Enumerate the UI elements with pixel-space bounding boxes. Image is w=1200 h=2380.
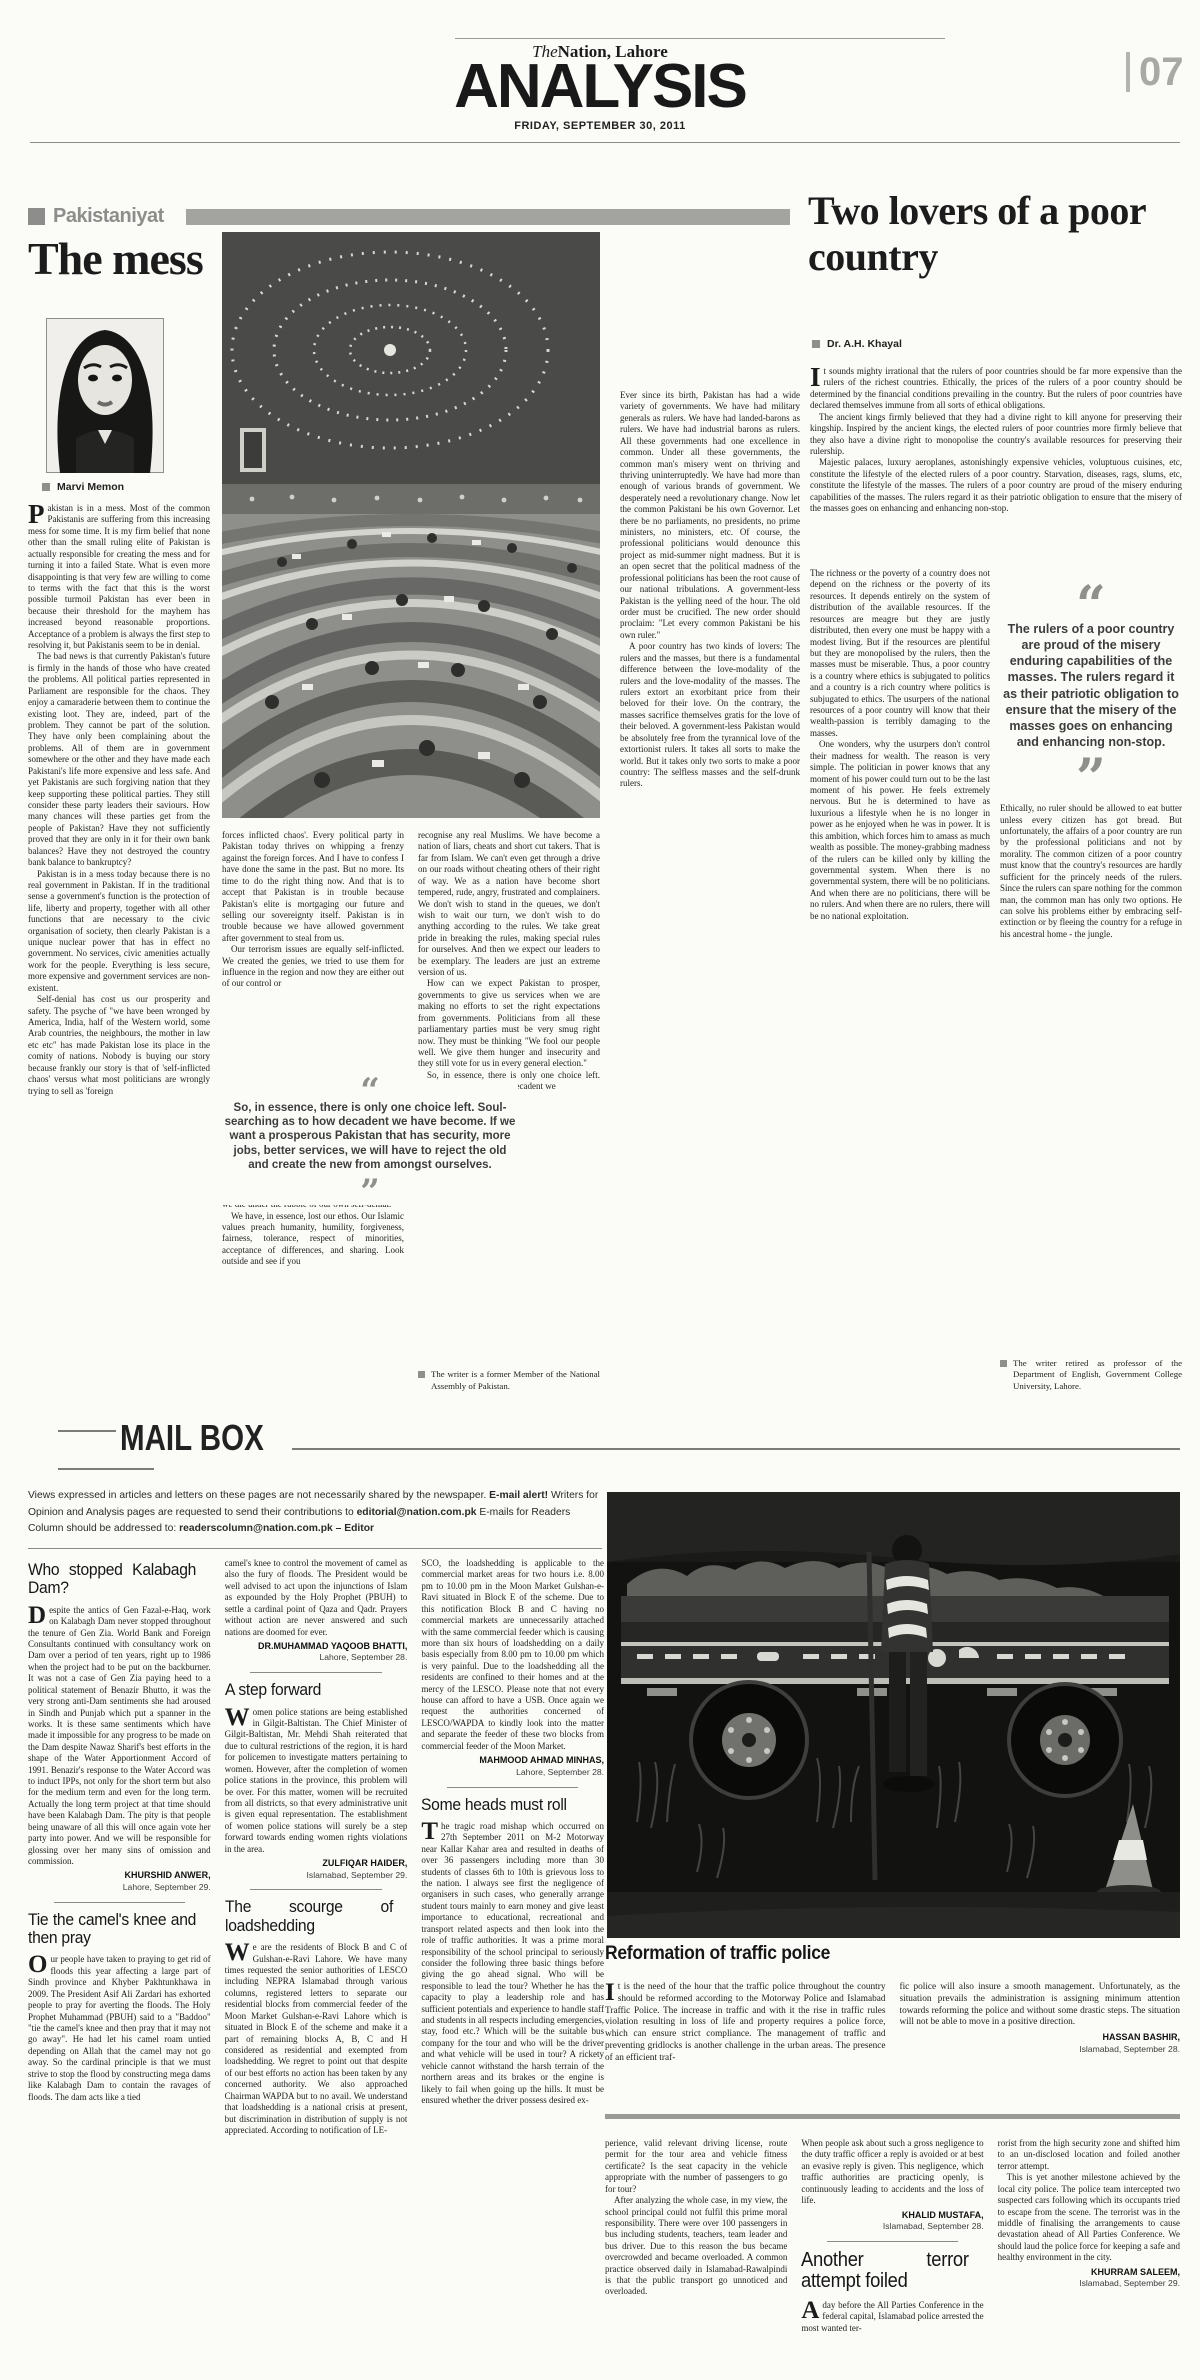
signature-name: DR.MUHAMMAD YAQOOB BHATTI,	[225, 1641, 408, 1652]
reformation-column-1: It is the need of the hour that the traf…	[605, 1982, 886, 2108]
mess-pull-quote-text: So, in essence, there is only one choice…	[225, 1102, 516, 1172]
letter-title-step-forward: A step forward	[225, 1681, 393, 1699]
byline-square-icon	[42, 483, 50, 491]
paragraph: Ethically, no ruler should be allowed to…	[1000, 803, 1182, 940]
letter-divider	[250, 1672, 382, 1673]
lovers-column-3: “ The rulers of a poor country are proud…	[1000, 568, 1182, 1392]
lovers-footer-note: The writer retired as professor of the D…	[1000, 1352, 1182, 1392]
intro-readers-email: readerscolumn@nation.com.pk	[179, 1523, 333, 1534]
author-photo-marvi-memon	[46, 318, 164, 473]
letter-body: Women police stations are being establis…	[225, 1707, 408, 1855]
kicker-row: Pakistaniyat	[28, 205, 790, 228]
letter-signature: DR.MUHAMMAD YAQOOB BHATTI, Lahore, Septe…	[225, 1641, 408, 1663]
lovers-column-2: The richness or the poverty of a country…	[810, 568, 990, 1392]
letter-divider	[54, 1902, 186, 1903]
section-title: ANALYSIS	[0, 56, 1200, 118]
paragraph: The ancient kings firmly believed that t…	[810, 412, 1182, 458]
header-rule	[30, 142, 1180, 143]
bottom-column-2: When people ask about such a gross negli…	[801, 2138, 983, 2364]
mess-pull-quote: “ So, in essence, there is only one choi…	[222, 1080, 518, 1205]
mailbox-line-bottom-left	[58, 1468, 154, 1470]
quote-open-icon: “	[1002, 592, 1180, 621]
signature-place: Islamabad, September 28.	[801, 2221, 983, 2232]
paragraph: Our terrorism issues are equally self-in…	[222, 944, 404, 990]
paragraph: A poor country has two kinds of lovers: …	[620, 641, 800, 789]
signature-name: KHURSHID ANWER,	[28, 1870, 211, 1881]
intro-text: Views expressed in articles and letters …	[28, 1490, 489, 1501]
mess-column-1: Marvi Memon Pakistan is in a mess. Most …	[28, 318, 210, 1392]
parliament-assembly-photo	[222, 232, 600, 818]
paragraph: One wonders, why the usurpers don't cont…	[810, 739, 990, 922]
lovers-headline: Two lovers of a poor country	[808, 188, 1182, 280]
newspaper-page: TheNation, Lahore ANALYSIS FRIDAY, SEPTE…	[0, 0, 1200, 2380]
letter-body: Our people have taken to praying to get …	[28, 1954, 211, 2102]
paragraph: The bad news is that currently Pakistan'…	[28, 651, 210, 868]
letter-divider	[447, 1787, 579, 1788]
page-date: FRIDAY, SEPTEMBER 30, 2011	[0, 120, 1200, 132]
lovers-byline-name: Dr. A.H. Khayal	[827, 338, 902, 350]
paragraph: Pakistan is in a mess today because ther…	[28, 869, 210, 995]
letter-signature: KHURRAM SALEEM, Islamabad, September 29.	[998, 2267, 1180, 2289]
letter-title-terror: Another terror attempt foiled	[801, 2250, 969, 2293]
paragraph: Self-denial has cost us our prosperity a…	[28, 994, 210, 1097]
paragraph: Pakistan is in a mess. Most of the commo…	[28, 503, 210, 651]
intro-editorial-email: editorial@nation.com.pk	[357, 1507, 477, 1518]
letter-signature: HASSAN BASHIR, Islamabad, September 28.	[900, 2032, 1181, 2054]
thick-divider	[605, 2114, 1180, 2119]
letter-signature: KHALID MUSTAFA, Islamabad, September 28.	[801, 2210, 983, 2232]
letter-body: A day before the All Parties Conference …	[801, 2300, 983, 2334]
paragraph: It sounds mighty irrational that the rul…	[810, 366, 1182, 412]
lovers-pull-quote-text: The rulers of a poor country are proud o…	[1003, 622, 1179, 750]
paragraph: forces inflicted chaos'. Every political…	[222, 830, 404, 944]
byline-square-icon	[812, 340, 820, 348]
mess-footer-text: The writer is a former Member of the Nat…	[431, 1369, 600, 1392]
kicker-square-icon	[28, 208, 45, 225]
mailbox-column-3: SCO, the loadshedding is applicable to t…	[421, 1558, 604, 2360]
paragraph: How can we expect Pakistan to prosper, g…	[418, 978, 600, 1069]
mailbox-intro: Views expressed in articles and letters …	[28, 1488, 600, 1538]
signature-name: ZULFIQAR HAIDER,	[225, 1858, 408, 1869]
lovers-byline: Dr. A.H. Khayal	[812, 338, 902, 350]
mailbox-column-1: Who stopped Kalabagh Dam? Despite the an…	[28, 1558, 211, 2360]
letter-body: The tragic road mishap which occurred on…	[421, 1821, 604, 2107]
reformation-columns: It is the need of the hour that the traf…	[605, 1982, 1180, 2108]
lovers-intro: It sounds mighty irrational that the rul…	[810, 366, 1182, 562]
mess-headline: The mess	[28, 236, 203, 282]
letter-signature: MAHMOOD AHMAD MINHAS, Lahore, September …	[421, 1755, 604, 1777]
kicker-label: Pakistaniyat	[53, 205, 164, 228]
bottom-column-3: rorist from the high security zone and s…	[998, 2138, 1180, 2364]
paragraph: Ever since its birth, Pakistan has had a…	[620, 390, 800, 641]
quote-open-icon: “	[224, 1082, 516, 1101]
signature-name: MAHMOOD AHMAD MINHAS,	[421, 1755, 604, 1766]
letter-body: perience, valid relevant driving license…	[605, 2138, 787, 2195]
letter-body: After analyzing the whole case, in my vi…	[605, 2195, 787, 2298]
letter-body: Despite the antics of Gen Fazal-e-Haq, w…	[28, 1605, 211, 1868]
letter-title-reformation: Reformation of traffic police	[605, 1944, 830, 1965]
letter-body: This is yet another milestone achieved b…	[998, 2172, 1180, 2263]
quote-close-icon: ”	[1002, 765, 1180, 794]
footnote-square-icon	[1000, 1360, 1007, 1367]
signature-place: Islamabad, September 28.	[900, 2044, 1181, 2055]
paragraph: recognise any real Muslims. We have beco…	[418, 830, 600, 978]
mess-footer-note: The writer is a former Member of the Nat…	[418, 1363, 600, 1392]
letter-body: camel's knee to control the movement of …	[225, 1558, 408, 1638]
letter-title-kalabagh: Who stopped Kalabagh Dam?	[28, 1561, 196, 1598]
signature-name: KHALID MUSTAFA,	[801, 2210, 983, 2221]
signature-place: Lahore, September 28.	[225, 1652, 408, 1663]
paragraph: The richness or the poverty of a country…	[810, 568, 990, 739]
signature-place: Islamabad, September 29.	[225, 1870, 408, 1881]
signature-name: HASSAN BASHIR,	[900, 2032, 1181, 2043]
letter-signature: KHURSHID ANWER, Lahore, September 29.	[28, 1870, 211, 1892]
letter-title-heads: Some heads must roll	[421, 1796, 589, 1814]
quote-close-icon: ”	[224, 1183, 516, 1202]
lovers-column-1: Ever since its birth, Pakistan has had a…	[620, 390, 800, 1392]
mailbox-line-top-left	[58, 1430, 116, 1432]
letter-signature: ZULFIQAR HAIDER, Islamabad, September 29…	[225, 1858, 408, 1880]
paragraph: We have, in essence, lost our ethos. Our…	[222, 1211, 404, 1268]
mailbox-heading: MAIL BOX	[120, 1420, 264, 1456]
mailbox-rule	[28, 1548, 602, 1549]
letter-body: fic police will also insure a smooth man…	[900, 1982, 1181, 2029]
kicker-bar	[186, 209, 790, 225]
letter-divider	[250, 1889, 382, 1890]
bottom-columns: perience, valid relevant driving license…	[605, 2138, 1180, 2364]
letter-body: When people ask about such a gross negli…	[801, 2138, 983, 2207]
mailbox-line-right	[292, 1448, 1180, 1450]
mailbox-column-2: camel's knee to control the movement of …	[225, 1558, 408, 2360]
mess-col1-text: Pakistan is in a mess. Most of the commo…	[28, 503, 210, 1100]
letter-body: It is the need of the hour that the traf…	[605, 1982, 886, 2065]
signature-name: KHURRAM SALEEM,	[998, 2267, 1180, 2278]
letter-title-loadshedding: The scourge of loadshedding	[225, 1898, 393, 1935]
lovers-pull-quote: “ The rulers of a poor country are proud…	[1002, 592, 1180, 793]
letter-divider	[827, 2241, 958, 2242]
mess-byline-name: Marvi Memon	[57, 481, 124, 493]
bottom-column-1: perience, valid relevant driving license…	[605, 2138, 787, 2364]
intro-editor: – Editor	[333, 1523, 374, 1534]
letter-body: We are the residents of Block B and C of…	[225, 1942, 408, 2136]
signature-place: Lahore, September 29.	[28, 1882, 211, 1893]
masthead-rule	[455, 38, 945, 39]
reformation-column-2: fic police will also insure a smooth man…	[900, 1982, 1181, 2108]
footnote-square-icon	[418, 1371, 425, 1378]
lovers-footer-text: The writer retired as professor of the D…	[1013, 1358, 1182, 1392]
intro-email-alert: E-mail alert!	[489, 1490, 548, 1501]
paragraph: Majestic palaces, luxury aeroplanes, ast…	[810, 457, 1182, 514]
letter-title-camel: Tie the camel's knee and then pray	[28, 1911, 196, 1948]
mess-underphoto-area: forces inflicted chaos'. Every political…	[222, 830, 600, 1392]
page-number: 07	[1126, 52, 1184, 92]
mailbox-letter-columns: Who stopped Kalabagh Dam? Despite the an…	[28, 1558, 604, 2360]
signature-place: Islamabad, September 29.	[998, 2278, 1180, 2289]
signature-place: Lahore, September 28.	[421, 1767, 604, 1778]
letter-body: SCO, the loadshedding is applicable to t…	[421, 1558, 604, 1752]
truck-accident-photo	[607, 1492, 1180, 1938]
letter-body: rorist from the high security zone and s…	[998, 2138, 1180, 2172]
mess-byline: Marvi Memon	[42, 481, 210, 493]
